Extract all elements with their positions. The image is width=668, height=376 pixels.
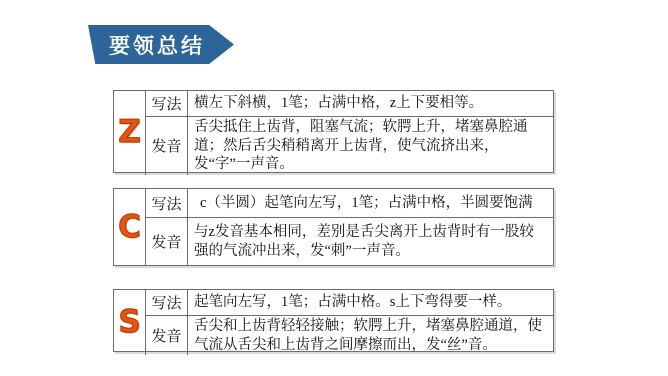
writing-content: 起笔向左写，1笔；占满中格。s上下弯得要一样。 (188, 290, 553, 316)
writing-content: 横左下斜横，1笔；占满中格，z上下要相等。 (188, 91, 553, 117)
title-banner-label: 要领总结 (109, 30, 205, 60)
row-label-pronunciation: 发音 (146, 316, 188, 355)
row-label-writing: 写法 (146, 91, 188, 117)
pinyin-table-z: Z 写法 横左下斜横，1笔；占满中格，z上下要相等。 发音 舌尖抵住上齿背，阻塞… (113, 90, 554, 173)
pronunciation-content: 舌尖和上齿背轻轻接触；软腭上升，堵塞鼻腔通道，使气流从舌尖和上齿背之间摩擦而出，… (188, 316, 553, 355)
letter-c: C (114, 189, 146, 265)
letter-s: S (114, 290, 146, 355)
row-label-pronunciation: 发音 (146, 218, 188, 265)
pinyin-table-c: C 写法 c（半圆）起笔向左写，1笔；占满中格，半圆要饱满 发音 与z发音基本相… (113, 188, 554, 266)
letter-z: Z (114, 91, 146, 175)
pronunciation-content: 与z发音基本相同，差别是舌尖离开上齿背时有一股较强的气流冲出来，发“刺”一声音。 (188, 218, 553, 265)
slide: 要领总结 Z 写法 横左下斜横，1笔；占满中格，z上下要相等。 发音 舌尖抵住上… (0, 0, 668, 376)
row-label-writing: 写法 (146, 290, 188, 316)
row-label-writing: 写法 (146, 189, 188, 218)
pronunciation-content: 舌尖抵住上齿背，阻塞气流；软腭上升，堵塞鼻腔通道；然后舌尖稍稍离开上齿背，使气流… (188, 117, 553, 175)
title-banner: 要领总结 (88, 25, 234, 64)
pinyin-table-s: S 写法 起笔向左写，1笔；占满中格。s上下弯得要一样。 发音 舌尖和上齿背轻轻… (113, 289, 554, 352)
writing-content: c（半圆）起笔向左写，1笔；占满中格，半圆要饱满 (188, 189, 553, 218)
row-label-pronunciation: 发音 (146, 117, 188, 175)
